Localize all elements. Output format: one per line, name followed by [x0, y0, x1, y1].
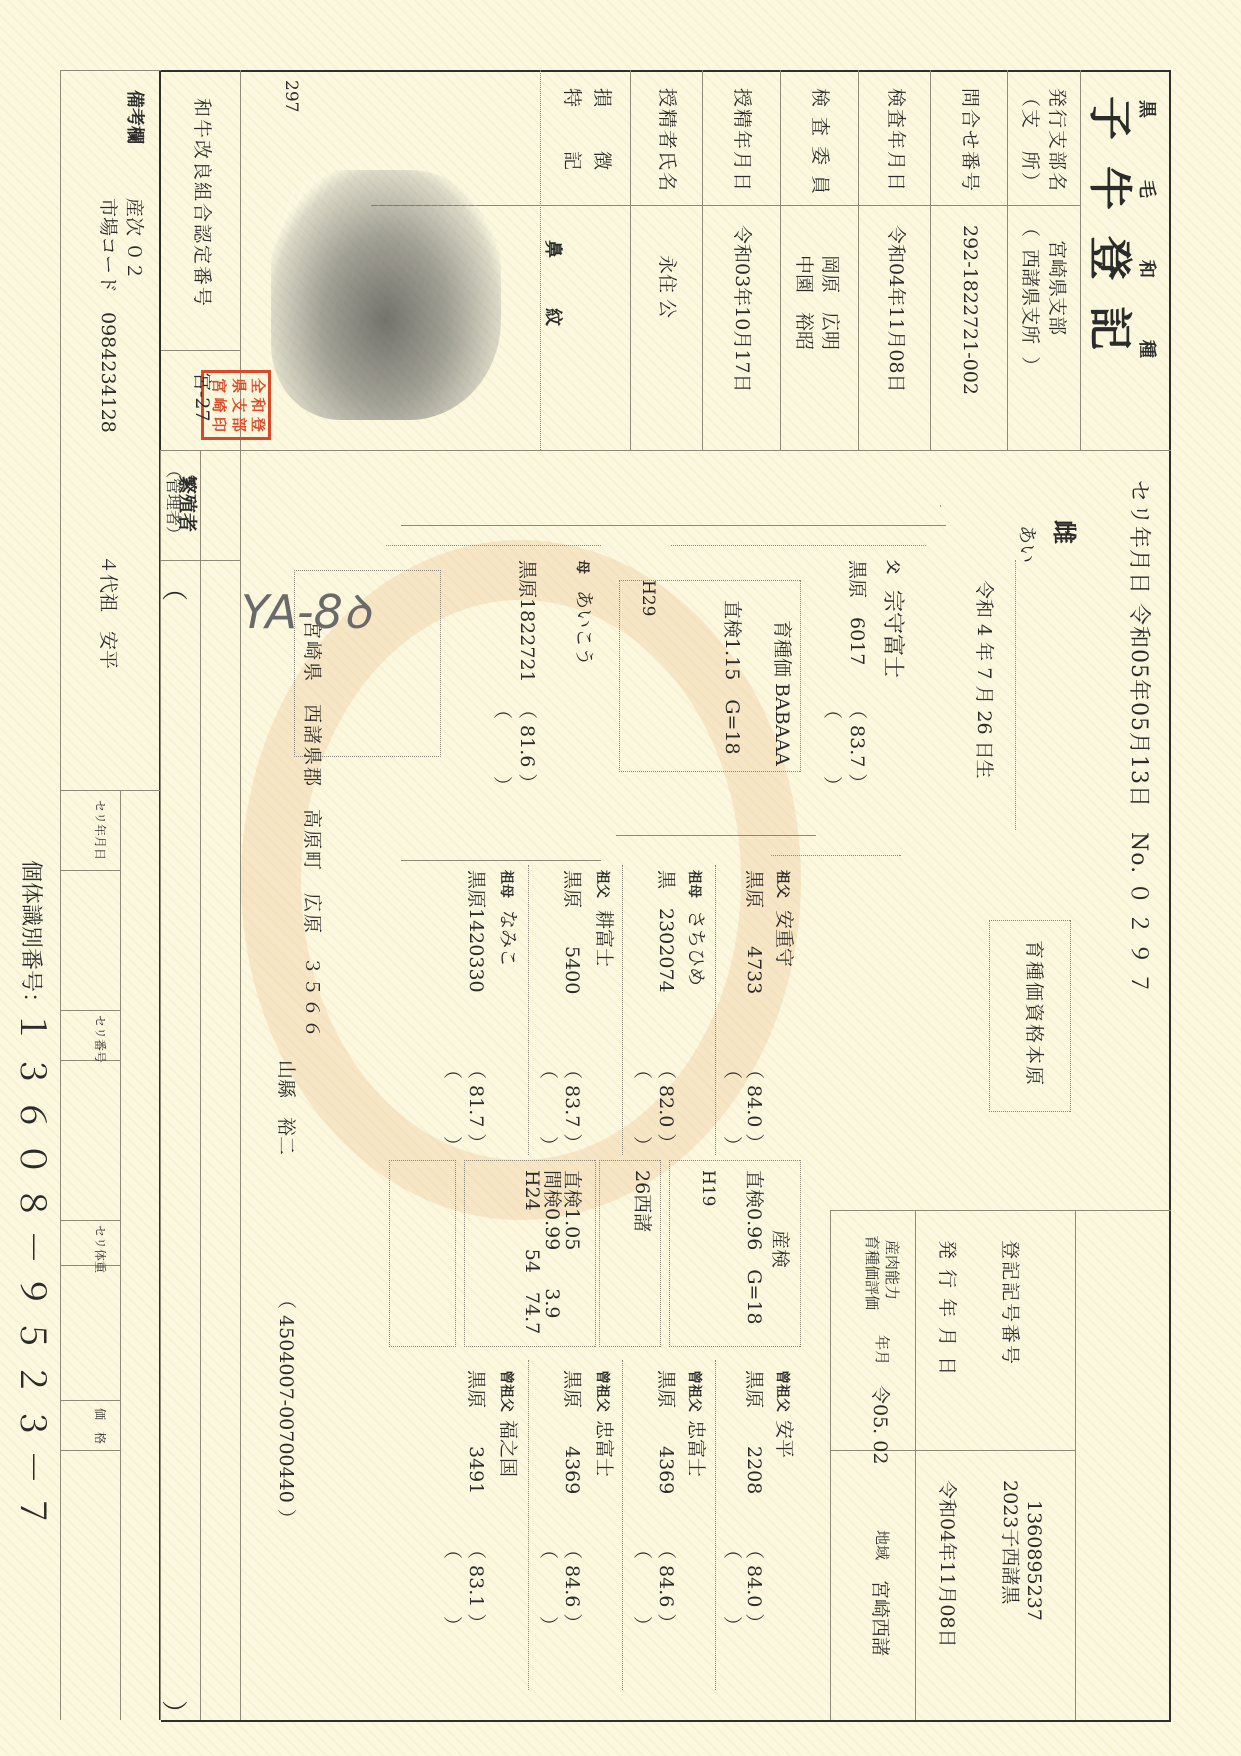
ggp4-score: （ 83.1 ） [466, 1540, 485, 1632]
document-title: 子牛登記 [1087, 96, 1131, 376]
bracket-paternal-gp [616, 835, 816, 836]
calf-birth-date: 令和 4 年 7 月 26 日生 [974, 580, 993, 779]
ggp2-name: 忠富士 [686, 1420, 705, 1477]
auction-date-label: セリ年月日 [1126, 480, 1151, 595]
gp3-score: （ 83.7 ） [562, 1060, 581, 1152]
auction-weight-cell[interactable] [61, 1265, 121, 1400]
stamp-char: 和 [246, 395, 265, 414]
auction-date-cell-label: セリ年月日 [94, 800, 106, 860]
divider-row-3 [858, 70, 859, 450]
ggp-divider-1 [715, 1360, 716, 1690]
reg-number-line1: 2023子西諸黒 [1000, 1480, 1019, 1604]
label-special-note: 特 記 [562, 88, 581, 172]
ggp3-name: 忠富士 [594, 1420, 613, 1477]
ggp1-registration: 黒原 2208 [744, 1370, 763, 1494]
approval-number-label: 和牛改良組合認定番号 [192, 98, 211, 308]
dam-score: （ 81.6 ） [517, 700, 536, 792]
sire-role: 父 [885, 560, 899, 574]
ggp1-role: 曾祖父 [775, 1370, 789, 1412]
divider-row-6 [630, 70, 631, 450]
frame-right-border [161, 1720, 1171, 1722]
value-inspector-1: 岡原 広明 [820, 255, 839, 350]
gp3-registration: 黒原 5400 [562, 870, 581, 994]
gp1-inspection-direct: 直検0.96 G=18 [744, 1170, 763, 1325]
dam-score-secondary: （ ） [492, 700, 511, 795]
auction-date-value: 令和05年05月13日 [1126, 603, 1151, 808]
eval-label-2: 育種価評価 [864, 1235, 879, 1310]
gp4-name: なみこ [498, 910, 517, 967]
gp1-registration: 黒原 4733 [744, 870, 763, 994]
divider-approval-col [161, 350, 241, 351]
value-branch: 宮崎県支部 [1047, 240, 1066, 335]
auction-price-cell-label: 価 格 [94, 1408, 106, 1444]
gp4-role: 祖母 [499, 870, 513, 898]
auction-price-cell[interactable] [61, 1450, 121, 1720]
gp3-inspection-progeny: 間検0.99 3.9 [542, 1170, 561, 1319]
gp3-inspection-year: H24 54 74.7 [522, 1170, 541, 1334]
eval-label-1: 産肉能力 [884, 1240, 899, 1300]
gp3-score-secondary: （ ） [538, 1060, 557, 1155]
no-label: No. [1126, 832, 1151, 874]
reg-divider-2 [915, 1210, 916, 1720]
ggp2-score: （ 84.6 ） [656, 1540, 675, 1632]
ggp-divider-3 [528, 1360, 529, 1690]
value-insemination-date: 令和03年10月17日 [732, 225, 751, 393]
gp1-role: 祖父 [775, 870, 789, 898]
gp1-inspection-type: 産検 [770, 1230, 789, 1268]
auction-number-cell-label: セリ番号 [94, 1015, 106, 1063]
breeder-label-col [161, 560, 241, 561]
sire-score-secondary: （ ） [822, 700, 841, 795]
label-issue-branch-sub: （支 所） [1020, 88, 1039, 193]
sire-name: 宗守富士 [881, 590, 903, 678]
bracket-parents-line [401, 525, 946, 526]
noseprint-label: 鼻 紋 [543, 240, 561, 342]
remarks-parity: 産次 ０２ [124, 198, 143, 280]
eval-region-value: 宮崎西諸 [870, 1580, 889, 1656]
dam-role: 母 [575, 560, 589, 574]
dam-name: あいこう [574, 590, 593, 666]
auction-col-6 [61, 1400, 121, 1401]
reg-divider-1 [1075, 1210, 1076, 1720]
eval-region-label: 地域 [874, 1530, 889, 1560]
sire-test-year: H29 [639, 580, 656, 616]
issue-date-value: 令和04年11月08日 [937, 1480, 956, 1648]
stamp-char: 部 [226, 415, 245, 434]
ggp2-registration: 黒原 4369 [656, 1370, 675, 1494]
breeder-address: 宮崎県 西諸県郡 高原町 広原 ３５６６ [302, 620, 321, 1040]
breeder-mid-border [200, 450, 201, 1720]
label-damage: 損 徴 [592, 88, 611, 172]
value-sub-branch-text: 西諸県支所 [1019, 249, 1041, 344]
reg-divider-col [831, 1450, 1076, 1451]
value-inspection-date: 令和04年11月08日 [886, 225, 905, 393]
ggp2-score-secondary: （ ） [632, 1540, 651, 1635]
ggp3-score: （ 84.6 ） [562, 1540, 581, 1632]
calf-name: あい [1017, 525, 1036, 563]
document-scan: { "header": { "breed_small": "黒 毛 和 種", … [0, 0, 1241, 1756]
label-insemination-date: 授精年月日 [732, 88, 751, 193]
gp2-role: 祖母 [687, 870, 701, 898]
gp2-inspection-region: 26西諸 [632, 1170, 651, 1232]
gp2-registration: 黒 2302074 [656, 870, 675, 993]
divider-row-7 [540, 70, 541, 450]
remarks-right-border [61, 790, 161, 791]
divider-row-1 [1007, 70, 1008, 450]
bracket-parents [940, 505, 941, 507]
frame-left-border [161, 70, 1171, 72]
gp4-registration: 黒原1420330 [466, 870, 485, 993]
auction-col-2 [61, 1010, 121, 1011]
gp2-score-secondary: （ ） [632, 1060, 651, 1155]
gp3-inspection-direct: 直検1.05 [562, 1170, 581, 1250]
divider-title [1080, 70, 1081, 450]
noseprint-number: 297 [282, 80, 299, 112]
value-inquiry-number: 292-1822721-002 [960, 225, 979, 395]
stamp-char: 登 [246, 415, 265, 434]
auction-number-cell[interactable] [61, 1060, 121, 1220]
label-issue-branch: 発行支部名 [1047, 88, 1066, 193]
ggp4-registration: 黒原 3491 [466, 1370, 485, 1494]
sire-direct-test: 直検1.15 G=18 [722, 600, 741, 755]
noseprint-image [271, 170, 501, 420]
gp-paternal-divider [771, 855, 901, 856]
breeder-name: 山縣 裕二 [276, 1060, 295, 1155]
reg-number-line2: 1360895237 [1024, 1500, 1043, 1621]
gp4-score: （ 81.7 ） [466, 1060, 485, 1152]
breeder-bottom-border [160, 450, 161, 1720]
sire-breeding-value: 育種価 BABAAA [772, 620, 791, 766]
value-inspector-2: 中園 裕昭 [794, 255, 813, 350]
gp2-name: さちひめ [686, 910, 705, 986]
bracket-maternal-gp [401, 860, 601, 861]
frame-top-border [1169, 70, 1171, 1720]
issue-date-label: 発 行 年 月 日 [937, 1240, 956, 1377]
breeder-id: （ 4504007-00700440 ） [276, 1290, 295, 1528]
stamp-char: 県 [226, 376, 245, 395]
sire-registration: 黒原 6017 [847, 560, 866, 665]
reg-number-label: 登記記号番号 [1000, 1240, 1019, 1366]
ggp4-score-secondary: （ ） [442, 1540, 461, 1635]
gp1-score-secondary: （ ） [722, 1060, 741, 1155]
gp-divider-1 [715, 865, 716, 1155]
ggp2-role: 曾祖父 [687, 1370, 701, 1412]
eval-date-value: 令05. 02 [870, 1385, 889, 1464]
auction-date-cell[interactable] [61, 870, 121, 1010]
label-inquiry-number: 問合せ番号 [960, 88, 979, 193]
calf-sex: 雌 [1052, 520, 1076, 544]
ggp4-name: 福之国 [498, 1420, 517, 1477]
sire-score: （ 83.7 ） [847, 700, 866, 792]
approval-number-value: 宮-27 [192, 372, 211, 422]
gp-divider-2 [622, 865, 623, 1155]
individual-id-label: 個体識別番号： [19, 860, 41, 1014]
ggp3-role: 曾祖父 [595, 1370, 609, 1412]
gp1-name: 安重守 [774, 910, 793, 967]
ggp3-score-secondary: （ ） [538, 1540, 557, 1635]
dam-registration: 黒原1822721 [517, 560, 536, 683]
gp2-score: （ 82.0 ） [656, 1060, 675, 1152]
remarks-bottom-border [60, 70, 61, 790]
label-inseminator-name: 授精者氏名 [657, 88, 676, 193]
gp-divider-3 [528, 865, 529, 1155]
gp3-name: 耕富士 [594, 910, 613, 967]
value-inseminator-name: 永住 公 [657, 255, 676, 318]
calf-qualification: 育種価資格本原 [1024, 940, 1043, 1087]
ggp4-role: 曾祖父 [499, 1370, 513, 1412]
divider-row-5 [702, 70, 703, 450]
ggp1-name: 安平 [774, 1420, 793, 1458]
value-sub-branch: （ 西諸県支所 ） [1020, 218, 1039, 375]
individual-id-value: １３６０８－９５２３－７ [15, 1010, 49, 1538]
stamp-char: 全 [246, 376, 265, 395]
breed-label: 黒 毛 和 種 [1137, 100, 1155, 380]
manager-close-paren: ） [160, 1700, 186, 1726]
calf-name-underline [1015, 560, 1016, 830]
gp4-score-secondary: （ ） [442, 1060, 461, 1155]
reg-block-bottom-border [830, 1210, 831, 1720]
label-inspection-date: 検査年月日 [886, 88, 905, 193]
reg-block-left-border [831, 1210, 1171, 1211]
gp4-inspection-box [389, 1160, 456, 1347]
remarks-market-code: 市場コード 0984234128 [98, 198, 117, 433]
ggp1-score: （ 84.0 ） [744, 1540, 763, 1632]
divider-row-4 [780, 70, 781, 450]
gp1-inspection-year: H19 [699, 1170, 716, 1206]
gp1-score: （ 84.0 ） [744, 1060, 763, 1152]
remarks-ancestor: ４代祖 安平 [98, 555, 117, 669]
remarks-label: 備考欄 [125, 90, 143, 144]
divider-info-table [161, 450, 1171, 451]
divider-row-2 [930, 70, 931, 450]
certificate-number: ０２９７ [1126, 882, 1151, 1002]
registration-certificate: { "header": { "breed_small": "黒 毛 和 種", … [0, 0, 1241, 1756]
stamp-char: 支 [226, 395, 245, 414]
gp3-role: 祖父 [595, 870, 609, 898]
label-inspector: 検 査 委 員 [810, 88, 829, 196]
eval-year-month-label: 年月 [874, 1335, 889, 1365]
remarks-left-border [61, 70, 161, 71]
manager-label: （管理者） [165, 462, 181, 542]
dam-block-divider [386, 545, 601, 546]
handwritten-note: YA-8ꝺ [241, 580, 370, 642]
ggp3-registration: 黒原 4369 [562, 1370, 581, 1494]
ggp1-score-secondary: （ ） [722, 1540, 741, 1635]
manager-open-paren: （ [160, 575, 186, 601]
auction-col-4 [61, 1220, 121, 1221]
ggp-divider-2 [622, 1360, 623, 1690]
auction-date-header: セリ年月日 令和05年05月13日 No. ０２９７ [1127, 480, 1149, 1002]
